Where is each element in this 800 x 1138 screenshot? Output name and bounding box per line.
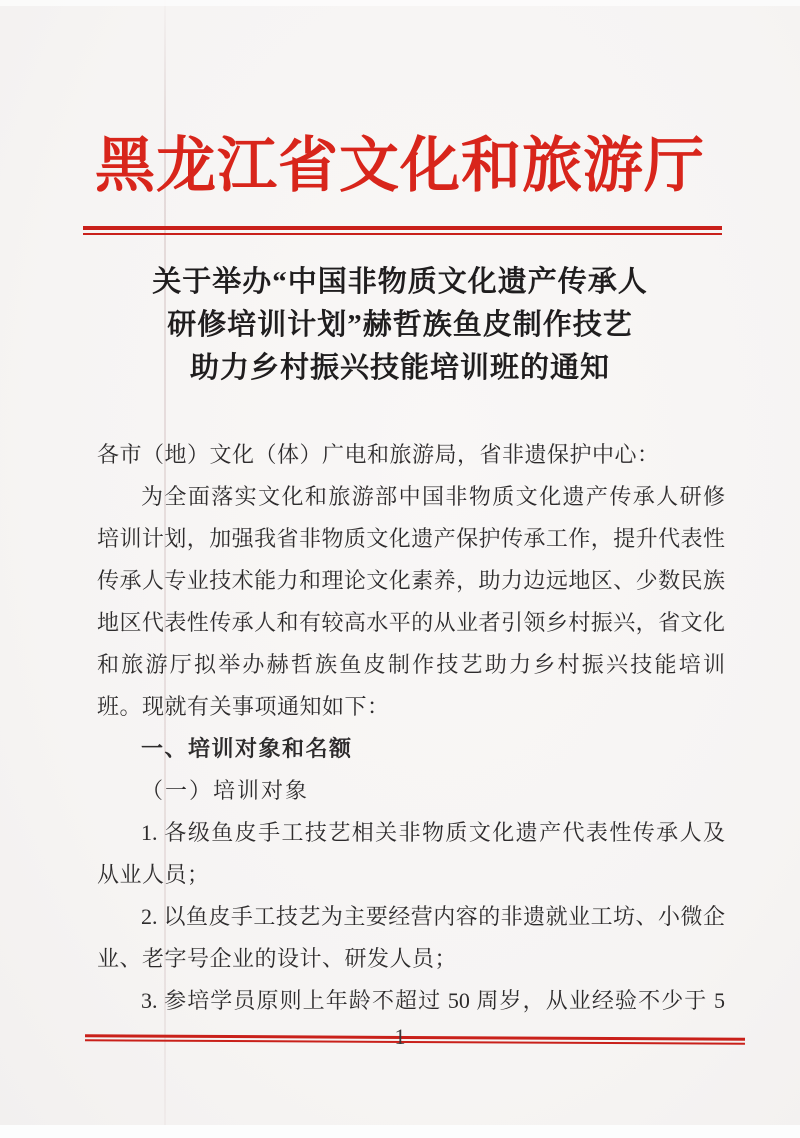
page-number: 1 — [0, 1025, 800, 1049]
body-line: 培训计划，加强我省非物质文化遗产保护传承工作，提升代表性 — [97, 518, 725, 560]
document-title-line-2: 研修培训计划”赫哲族鱼皮制作技艺 — [0, 304, 800, 347]
body-line: （一）培训对象 — [97, 770, 725, 812]
body-line: 业、老字号企业的设计、研发人员； — [97, 938, 725, 980]
document-title-line-1: 关于举办“中国非物质文化遗产传承人 — [0, 261, 800, 304]
body-line: 从业人员； — [97, 854, 725, 896]
letterhead-title: 黑龙江省文化和旅游厅 — [0, 124, 800, 208]
document-page: 黑龙江省文化和旅游厅 关于举办“中国非物质文化遗产传承人 研修培训计划”赫哲族鱼… — [0, 0, 800, 1138]
body-line: 地区代表性传承人和有较高水平的从业者引领乡村振兴，省文化 — [97, 602, 725, 644]
body-line: 一、培训对象和名额 — [97, 728, 725, 770]
body-line: 为全面落实文化和旅游部中国非物质文化遗产传承人研修 — [97, 476, 725, 518]
body-line: 各市（地）文化（体）广电和旅游局，省非遗保护中心： — [97, 434, 725, 476]
document-title-line-3: 助力乡村振兴技能培训班的通知 — [0, 347, 800, 390]
body-line: 2. 以鱼皮手工技艺为主要经营内容的非遗就业工坊、小微企 — [97, 896, 725, 938]
document-title: 关于举办“中国非物质文化遗产传承人 研修培训计划”赫哲族鱼皮制作技艺 助力乡村振… — [0, 261, 800, 390]
body-line: 1. 各级鱼皮手工技艺相关非物质文化遗产代表性传承人及 — [97, 812, 725, 854]
scan-edge-top — [0, 0, 800, 6]
body-line: 班。现就有关事项通知如下： — [97, 686, 725, 728]
body-line: 3. 参培学员原则上年龄不超过 50 周岁，从业经验不少于 5 — [97, 980, 725, 1022]
letterhead-divider — [83, 226, 722, 235]
body-line: 传承人专业技术能力和理论文化素养，助力边远地区、少数民族 — [97, 560, 725, 602]
document-body: 各市（地）文化（体）广电和旅游局，省非遗保护中心：为全面落实文化和旅游部中国非物… — [97, 434, 725, 1022]
body-line: 和旅游厅拟举办赫哲族鱼皮制作技艺助力乡村振兴技能培训 — [97, 644, 725, 686]
scan-edge-bottom — [0, 1125, 800, 1138]
